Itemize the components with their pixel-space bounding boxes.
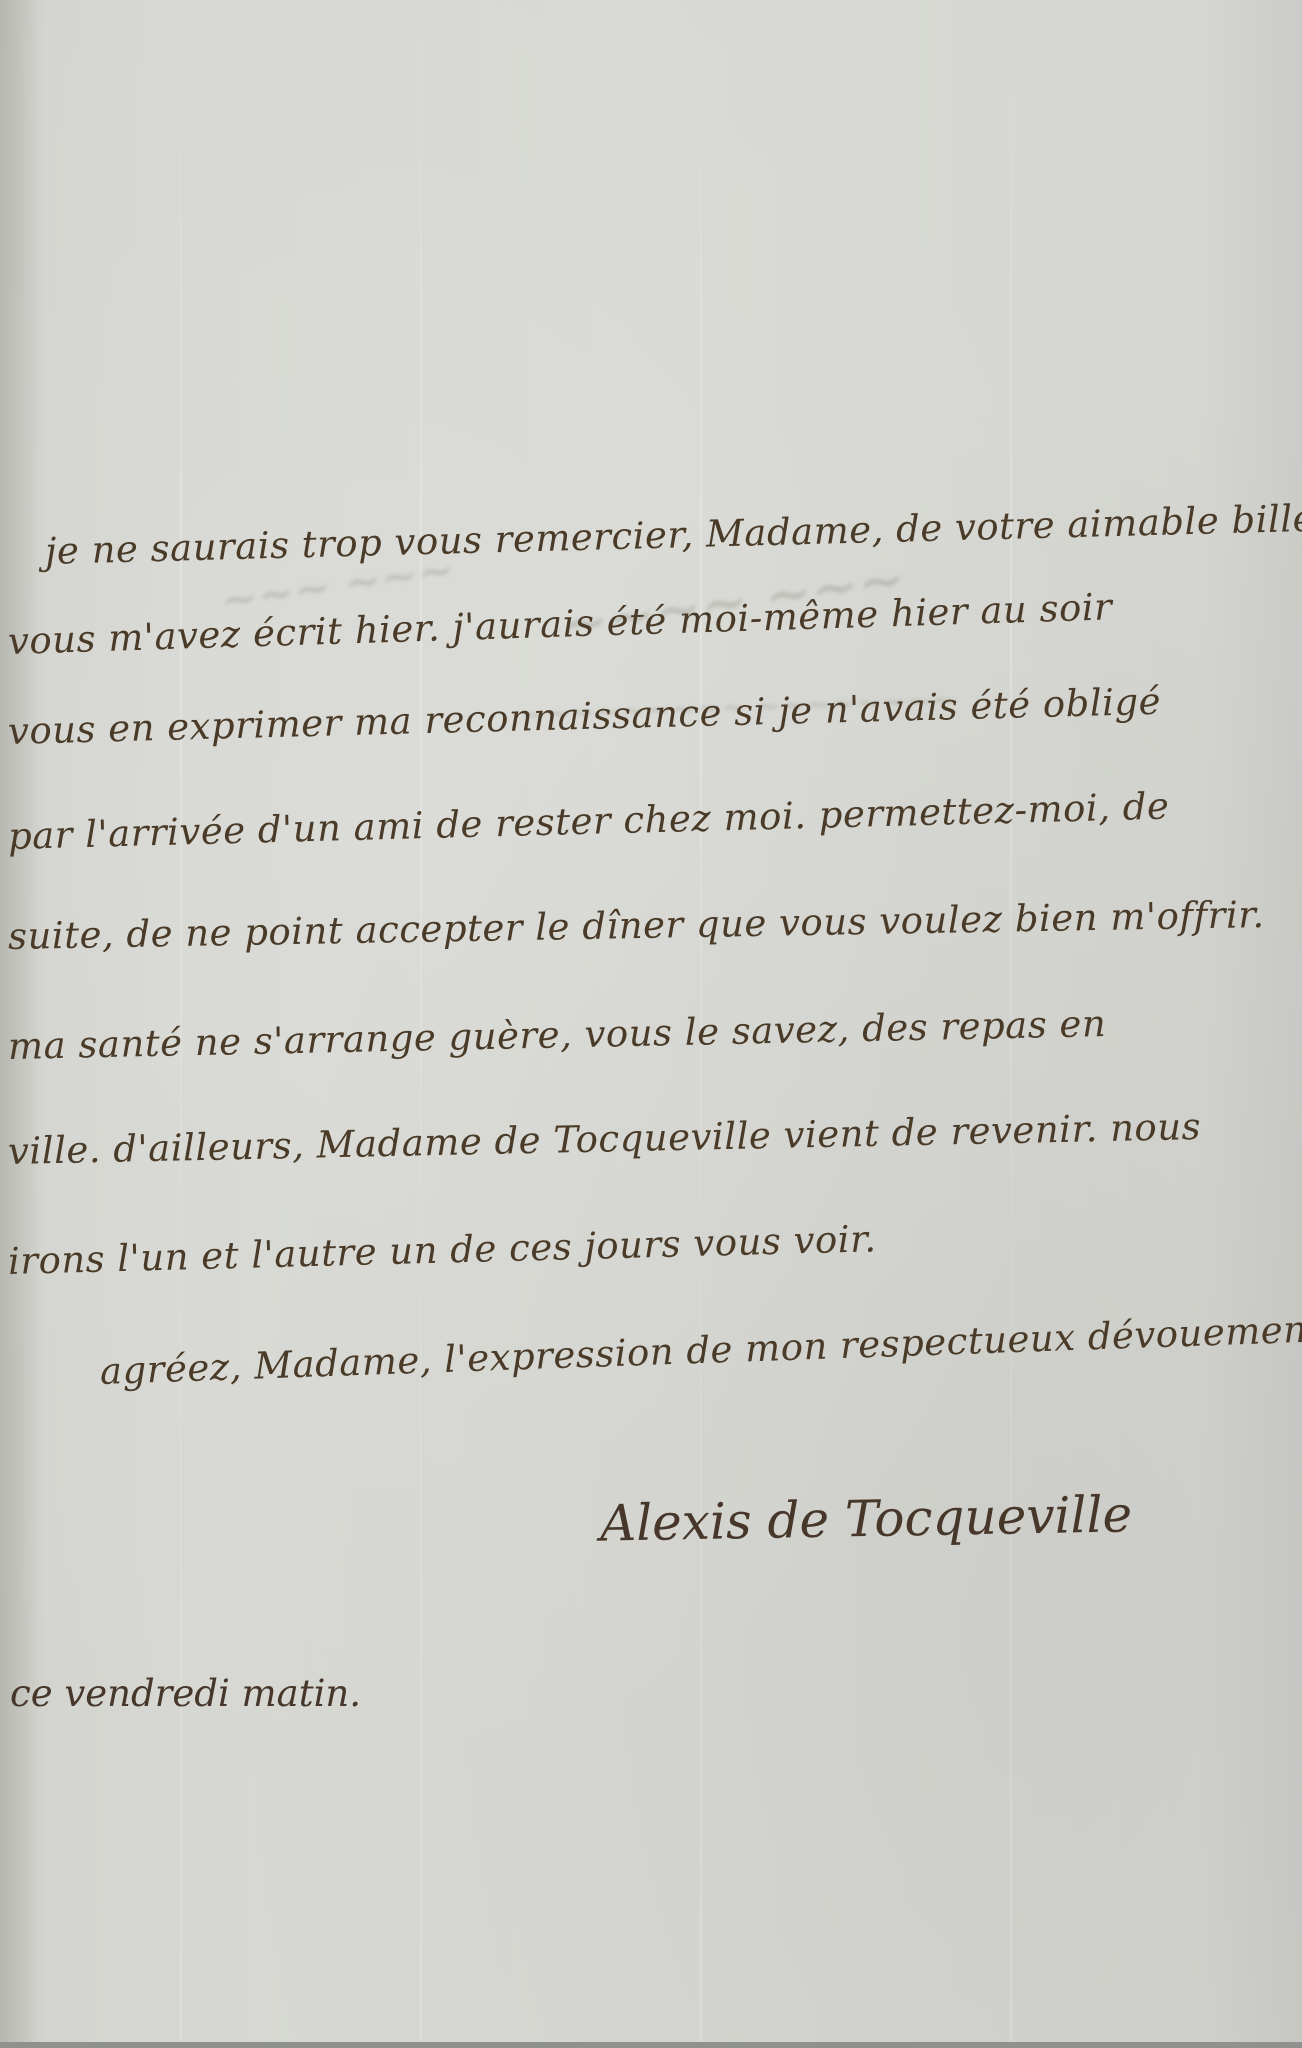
letter-line-7: ville. d'ailleurs, Madame de Tocqueville… bbox=[8, 1105, 1202, 1173]
letter-sheet: ~~~ ~~~ ~~~~ ~~~ ~~~~~~~~~ ~~~~~~~~ je n… bbox=[0, 0, 1302, 2048]
letter-line-1: je ne saurais trop vous remercier, Madam… bbox=[44, 494, 1302, 573]
dateline: ce vendredi matin. bbox=[10, 1672, 361, 1715]
letter-line-5: suite, de ne point accepter le dîner que… bbox=[8, 893, 1265, 958]
letter-line-6: ma santé ne s'arrange guère, vous le sav… bbox=[8, 1002, 1107, 1068]
signature: Alexis de Tocqueville bbox=[600, 1485, 1133, 1552]
letter-line-8: irons l'un et l'autre un de ces jours vo… bbox=[7, 1217, 877, 1283]
paper-bottom-edge bbox=[0, 2042, 1302, 2048]
